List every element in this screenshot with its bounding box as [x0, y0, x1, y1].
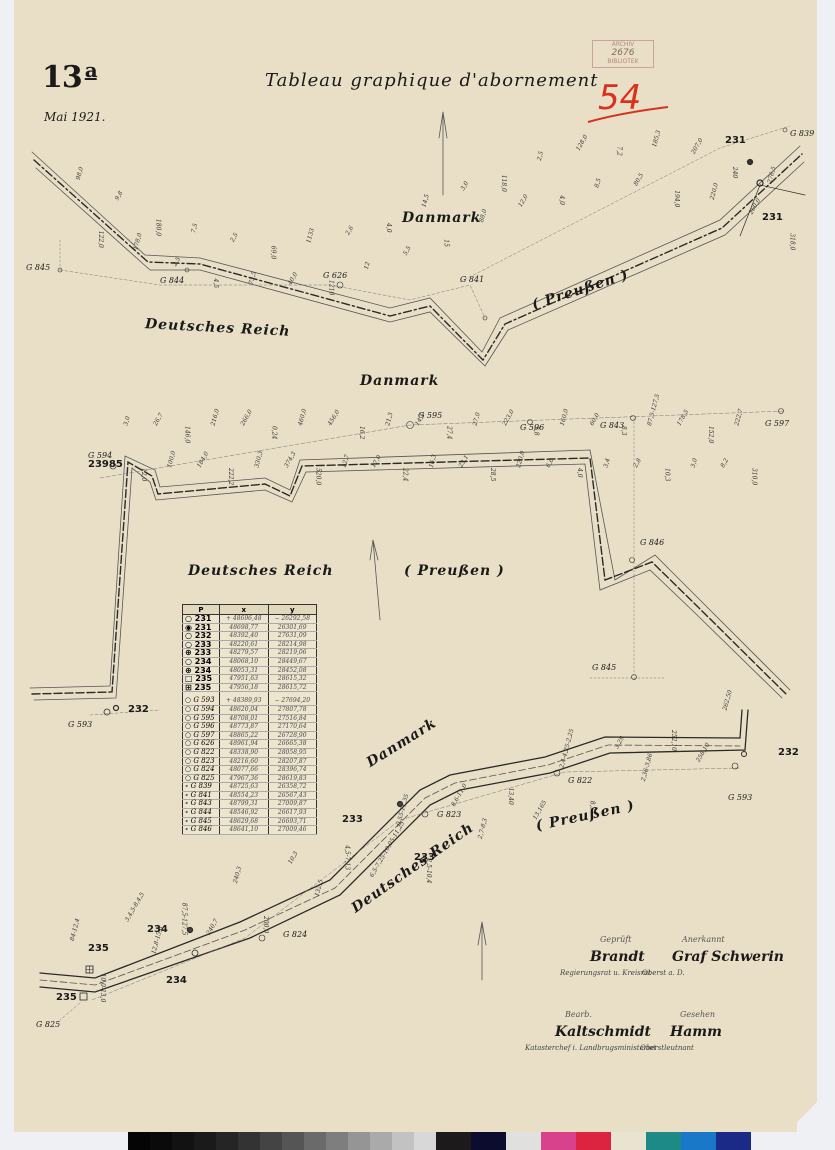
measurement-label: 15 [443, 239, 450, 247]
measurement-label: 2,8 [632, 457, 643, 470]
measurement-label: 240,7 [205, 918, 220, 937]
x-value: 48546,92 [220, 809, 269, 818]
coordinate-table: P x y ○ 231+ 48696,48− 26292,58◉ 2314869… [182, 604, 317, 835]
y-value: − 26292,58 [268, 615, 317, 624]
y-value: 26693,71 [268, 817, 317, 826]
marker-label: G 593 [728, 793, 752, 802]
measurement-label: 128,0 [575, 134, 590, 153]
color-swatch [326, 1132, 348, 1150]
x-value: 48279,57 [220, 649, 269, 658]
measurement-label: 21,3 [384, 412, 395, 428]
marker-label: 232 [778, 747, 799, 758]
measurement-label: 194,0 [673, 190, 680, 207]
color-swatch [506, 1132, 541, 1150]
x-value: 48961,94 [220, 740, 269, 749]
y-value: 27170,64 [268, 723, 317, 732]
red-folio-number: 54 [598, 78, 641, 118]
marker-label: 234 [166, 975, 187, 986]
color-swatch [216, 1132, 238, 1150]
measurement-label: 2,7-8,3 [477, 817, 490, 840]
x-value: + 48389,93 [220, 697, 269, 705]
measurement-label: 100,0 [166, 450, 177, 469]
measurement-label: 276,5 [766, 166, 778, 186]
color-swatch [348, 1132, 370, 1150]
measurement-label: 4,5-7,13 [344, 844, 351, 870]
y-value: 28452,08 [268, 666, 317, 675]
measurement-label: 262,50 [721, 689, 734, 712]
marker-label: 231 [725, 135, 746, 146]
color-calibration-strip [128, 1132, 751, 1150]
x-value: 48220,61 [220, 640, 269, 649]
measurement-label: 222,2 [227, 467, 234, 485]
x-value: 48799,31 [220, 800, 269, 809]
measurement-label: 3,0 [690, 457, 699, 468]
measurement-label: 8,6-11,0 [450, 783, 469, 808]
y-value: 28214,98 [268, 640, 317, 649]
archive-stamp: ARCHIV2676BIBLIOTEK [592, 40, 654, 68]
y-value: 28615,32 [268, 675, 317, 684]
marker-label: 233 [342, 814, 363, 825]
measurement-label: 3,8 [533, 426, 540, 436]
marker-label: 232 [128, 704, 149, 715]
measurement-label: 132,5 [314, 879, 325, 898]
marker-label: G 596 [520, 423, 544, 432]
marker-label: G 844 [160, 276, 184, 285]
measurement-label: 7,5 [190, 223, 199, 234]
marker-label: 23985 [88, 459, 123, 470]
marker-label: G 824 [283, 930, 307, 939]
measurement-label: 27,0 [471, 412, 482, 428]
measurement-label: 216,0 [209, 408, 221, 428]
marker-label: G 846 [640, 538, 664, 547]
measurement-label: 258,10 [694, 742, 711, 765]
label-danmark-middle: Danmark [360, 373, 439, 389]
measurement-label: 2,4-4,25-2,25 [558, 728, 576, 770]
measurement-label: 220,0 [709, 182, 721, 202]
y-value: 26358,72 [268, 783, 317, 792]
measurement-label: 12,7 [341, 454, 351, 469]
col-header-p: P [183, 605, 220, 615]
measurement-label: 3,0 [459, 180, 470, 192]
signature-role: Regierungsrat u. Kreisrat [560, 969, 651, 977]
measurement-label: 12 [363, 261, 372, 270]
x-value: 48725,63 [220, 783, 269, 792]
signature-name: Kaltschmidt [555, 1024, 651, 1040]
measurement-label: 2,5 [228, 231, 239, 244]
color-swatch [304, 1132, 326, 1150]
measurement-label: 17,0 [370, 454, 383, 469]
color-swatch [576, 1132, 611, 1150]
measurement-label: 180,0 [154, 219, 161, 236]
signature-heading: Anerkannt [682, 935, 725, 944]
measurement-label: 8,3 [620, 426, 627, 436]
marker-label: 231 [762, 212, 783, 223]
col-header-x: x [220, 605, 269, 615]
y-value: 27009,87 [268, 800, 317, 809]
y-value: 28615,72 [268, 683, 317, 692]
measurement-label: 330,3 [253, 450, 264, 469]
marker-label: G 841 [460, 275, 484, 284]
y-value: 28449,67 [268, 657, 317, 666]
color-swatch [681, 1132, 716, 1150]
color-swatch [238, 1132, 260, 1150]
marker-label: G 825 [36, 1020, 60, 1029]
color-swatch [646, 1132, 681, 1150]
measurement-label: 5,5 [402, 245, 413, 257]
measurement-label: 2,36-3,86 [640, 752, 655, 783]
measurement-label: 14,5 [421, 193, 431, 208]
marker-label: G 626 [323, 271, 347, 280]
measurement-label: 185,3 [651, 129, 662, 148]
square-cross-icon: ⊞ [185, 683, 195, 692]
label-danmark-top: Danmark [402, 210, 481, 226]
coordinate-row: ∘ G 84648641,1027009,46 [183, 826, 317, 835]
measurement-label: 0,24 [271, 426, 278, 440]
color-swatch [392, 1132, 414, 1150]
measurement-label: 3,0 [122, 415, 131, 426]
y-value: 28219,06 [268, 649, 317, 658]
signature-name: Brandt [590, 949, 645, 965]
x-value: 48554,23 [220, 791, 269, 800]
coordinate-row: ⊞ 23547956,1828615,72 [183, 683, 317, 692]
measurement-label: 87,5-127,5 [180, 903, 187, 936]
y-value: 27807,78 [268, 705, 317, 714]
x-value: 48708,01 [220, 714, 269, 723]
color-swatch [172, 1132, 194, 1150]
signature-role: Oberstleutnant [640, 1044, 694, 1052]
marker-label: 235 [88, 943, 109, 954]
x-value: 48629,68 [220, 817, 269, 826]
measurement-label: 318,0 [788, 233, 795, 250]
measurement-label: 9,8 [114, 190, 125, 202]
measurement-label: 26,7 [152, 412, 165, 428]
y-value: 26665,38 [268, 740, 317, 749]
measurement-label: 456,0 [326, 408, 341, 427]
y-value: 28619,83 [268, 774, 317, 783]
measurement-label: 252,10 [670, 729, 677, 751]
color-swatch [414, 1132, 436, 1150]
measurement-label: 374,3 [283, 450, 298, 469]
marker-label: G 593 [68, 720, 92, 729]
measurement-label: 80,5 [632, 172, 645, 187]
measurement-label: 4,5 [212, 278, 219, 289]
signature-heading: Geprüft [600, 935, 631, 944]
x-value: 47951,63 [220, 675, 269, 684]
point-id: ⊞ 235 [183, 683, 220, 692]
measurement-label: 266,0 [239, 408, 254, 427]
measurement-label: 87,5-127,5 [646, 393, 661, 426]
col-header-y: y [268, 605, 317, 615]
measurement-label: 4,0 [385, 222, 392, 233]
measurement-label: 12,0 [517, 193, 530, 208]
y-value: 26617,93 [268, 809, 317, 818]
measurement-label: 4,0 [576, 467, 583, 478]
color-swatch [282, 1132, 304, 1150]
x-value: 47967,36 [220, 774, 269, 783]
measurement-label: 178,0 [132, 232, 143, 251]
measurement-label: 4,0 [558, 194, 565, 205]
measurement-label: 16,2 [358, 426, 365, 440]
x-value: 48068,10 [220, 657, 269, 666]
measurement-label: 10,3 [287, 850, 300, 865]
measurement-label: 118,0 [500, 175, 507, 192]
measurement-label: 98,0 [75, 166, 85, 181]
measurement-label: 222,7 [733, 408, 745, 428]
marker-label: G 845 [592, 663, 616, 672]
marker-label: G 823 [437, 810, 461, 819]
color-swatch [716, 1132, 751, 1150]
measurement-label: 2,5 [171, 256, 182, 269]
signature-name: Graf Schwerin [672, 949, 784, 965]
point-id: ∘ G 846 [183, 826, 220, 835]
x-value: 48053,31 [220, 666, 269, 675]
y-value: 28207,87 [268, 757, 317, 766]
measurement-label: 2,5 [536, 150, 546, 162]
x-value: 48865,22 [220, 731, 269, 740]
y-value: 27009,46 [268, 826, 317, 835]
measurement-label: 178,5 [676, 408, 691, 427]
y-value: 26301,69 [268, 623, 317, 632]
measurement-label: 240,3 [232, 866, 244, 886]
x-value: + 48696,48 [220, 615, 269, 624]
y-value: − 27694,20 [268, 697, 317, 705]
measurement-label: 207,0 [689, 137, 704, 156]
measurement-label: 3,4 [602, 457, 611, 468]
measurement-label: 260,0 [747, 197, 762, 216]
marker-label: G 597 [765, 419, 790, 428]
signature-name: Hamm [670, 1024, 722, 1040]
document-date: Mai 1921. [44, 110, 105, 124]
color-swatch [260, 1132, 282, 1150]
x-value: 48773,87 [220, 723, 269, 732]
color-swatch [150, 1132, 172, 1150]
measurement-label: 460,0 [297, 408, 309, 428]
boundary-strip-middle [30, 409, 790, 716]
measurement-label: 8,5 [593, 177, 602, 188]
marker-label: G 839 [790, 129, 814, 138]
color-swatch [370, 1132, 392, 1150]
color-swatch [128, 1132, 150, 1150]
y-value: 26728,90 [268, 731, 317, 740]
measurement-label: 1210 [327, 280, 334, 295]
x-value: 48338,90 [220, 748, 269, 757]
measurement-label: 10,3 [664, 468, 671, 482]
measurement-label: 7,2 [616, 146, 623, 156]
y-value: 28396,74 [268, 766, 317, 775]
document-title: Tableau graphique d'abornement [265, 70, 599, 91]
measurement-label: 520,0 [314, 468, 321, 485]
color-swatch [541, 1132, 576, 1150]
color-swatch [611, 1132, 646, 1150]
measurement-label: 69,0 [270, 246, 277, 260]
measurement-label: 1133 [305, 227, 316, 244]
x-value: 48620,04 [220, 705, 269, 714]
y-value: 27516,84 [268, 714, 317, 723]
measurement-label: 8,2 [719, 457, 730, 469]
measurement-label: 146,0 [184, 426, 191, 443]
x-value: 48216,60 [220, 757, 269, 766]
color-swatch [471, 1132, 506, 1150]
measurement-label: 13,40 [507, 788, 514, 805]
measurement-label: 240 [731, 166, 738, 179]
signature-heading: Gesehen [680, 1010, 715, 1019]
measurement-label: 40,0 [286, 271, 299, 287]
measurement-label: 28,5 [489, 467, 496, 482]
y-value: 26567,43 [268, 791, 317, 800]
marker-label: G 845 [26, 263, 50, 272]
measurement-label: 27,4 [445, 425, 452, 440]
label-preussen-middle: ( Preußen ) [404, 563, 505, 579]
marker-label: G 822 [568, 776, 592, 785]
x-value: 48392,40 [220, 632, 269, 641]
measurement-label: 160,0 [559, 408, 570, 427]
measurement-label: 3,4,5-8,4,5 [124, 891, 146, 923]
measurement-label: 12,0 [140, 468, 147, 482]
measurement-label: 310,0 [751, 468, 758, 485]
y-value: 27631,09 [268, 632, 317, 641]
measurement-label: 200,0 [262, 915, 269, 933]
color-swatch [436, 1132, 471, 1150]
measurement-label: 22,4 [402, 467, 409, 482]
x-value: 48077,66 [220, 766, 269, 775]
measurement-label: 223,0 [501, 408, 516, 427]
measurement-label: 10,0-13,0 [99, 974, 106, 1003]
marker-label: 235 [56, 992, 77, 1003]
sheet-number: 13a [42, 58, 97, 95]
measurement-label: 122,0 [97, 231, 104, 248]
measurement-label: 152,0 [707, 426, 714, 443]
measurement-label: 73,5 [248, 270, 258, 285]
color-swatch [194, 1132, 216, 1150]
measurement-label: 6,55-11,35 [395, 793, 410, 826]
x-value: 48641,10 [220, 826, 269, 835]
y-value: 28058,95 [268, 748, 317, 757]
signature-heading: Bearb. [565, 1010, 592, 1019]
signature-role: Katasterchef i. Landbrugsministeriet [525, 1044, 656, 1052]
measurement-label: 2,6 [344, 224, 355, 237]
measurement-label: 84-12,4 [69, 917, 82, 941]
signature-role: Oberst a. D. [642, 969, 685, 977]
x-value: 48698,77 [220, 623, 269, 632]
label-deutsches-reich-middle: Deutsches Reich [188, 563, 334, 579]
x-value: 47956,18 [220, 683, 269, 692]
